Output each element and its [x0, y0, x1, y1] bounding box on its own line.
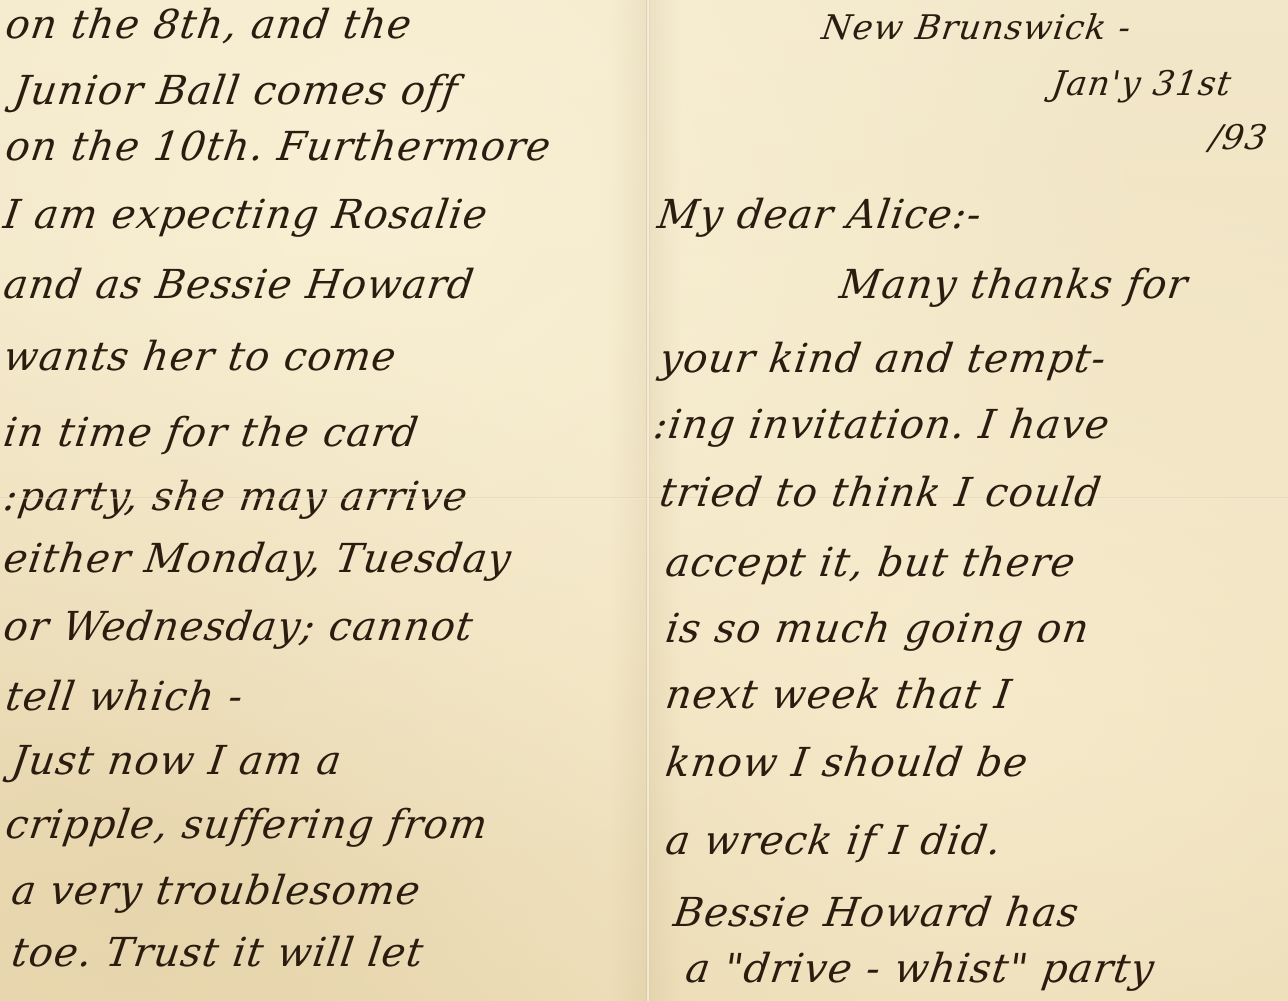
letter-line: next week that I: [663, 672, 1015, 718]
letter-line: know I should be: [663, 740, 1032, 786]
letter-year: /93: [1207, 118, 1270, 158]
letter-place: New Brunswick -: [819, 8, 1134, 48]
letter-line: wants her to come: [1, 334, 400, 380]
letter-line: Many thanks for: [837, 262, 1191, 308]
letter-line: toe. Trust it will let: [9, 930, 427, 976]
letter-line: on the 10th. Furthermore: [3, 124, 554, 170]
letter-line: on the 8th, and the: [3, 2, 415, 48]
letter-line: or Wednesday; cannot: [1, 604, 477, 650]
letter-date: Jan'y 31st: [1049, 64, 1234, 104]
letter-line: :ing invitation. I have: [651, 402, 1113, 448]
letter-line: Just now I am a: [9, 738, 345, 784]
letter-scan: on the 8th, and the Junior Ball comes of…: [0, 0, 1288, 1001]
letter-line: Junior Ball comes off: [11, 68, 461, 114]
letter-line: a wreck if I did.: [663, 818, 1005, 864]
letter-line: cripple, suffering from: [3, 802, 491, 848]
letter-line: either Monday, Tuesday: [1, 536, 515, 582]
left-page: on the 8th, and the Junior Ball comes of…: [0, 0, 648, 1001]
letter-line: a "drive - whist" party: [683, 946, 1158, 992]
letter-line: tell which -: [3, 674, 247, 720]
letter-line: tried to think I could: [657, 470, 1105, 516]
letter-salutation: My dear Alice:-: [655, 192, 985, 238]
letter-line: I am expecting Rosalie: [1, 192, 491, 238]
letter-line: Bessie Howard has: [671, 890, 1082, 936]
letter-line: is so much going on: [663, 606, 1093, 652]
letter-line: and as Bessie Howard: [1, 262, 478, 308]
letter-line: a very troublesome: [9, 868, 424, 914]
letter-line: your kind and tempt-: [657, 336, 1110, 382]
letter-line: in time for the card: [1, 410, 422, 456]
letter-line: accept it, but there: [663, 540, 1079, 586]
right-page: New Brunswick - Jan'y 31st /93 My dear A…: [650, 0, 1288, 1001]
